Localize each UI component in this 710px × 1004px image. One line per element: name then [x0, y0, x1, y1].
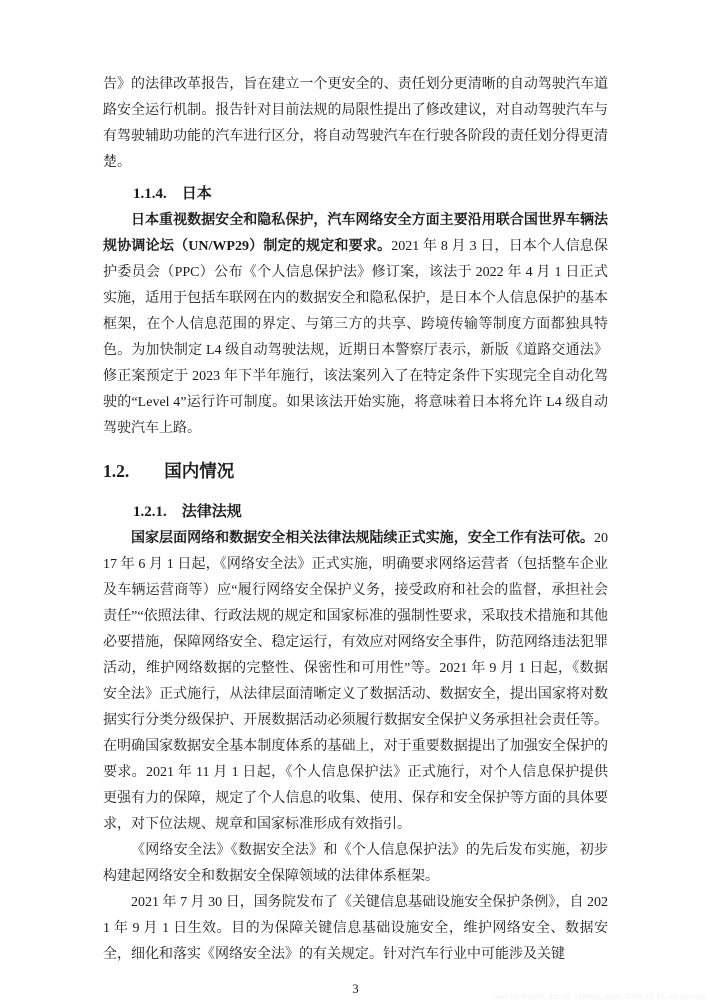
- heading-title: 国内情况: [164, 461, 234, 481]
- text-run: 告》的法律改革报告，旨在建立一个更安全的、责任划分更清晰的自动驾驶汽车道路安全运…: [103, 77, 608, 170]
- heading-number: 1.2.: [103, 461, 129, 481]
- paragraph: 告》的法律改革报告，旨在建立一个更安全的、责任划分更清晰的自动驾驶汽车道路安全运…: [103, 72, 608, 176]
- paragraph: 2021 年 7 月 30 日，国务院发布了《关键信息基础设施安全保护条例》，自…: [103, 890, 608, 968]
- bold-text-run: 国家层面网络和数据安全相关法律法规陆续正式实施，安全工作有法可依。: [131, 531, 594, 546]
- heading-title: 日本: [182, 186, 212, 202]
- page-body: 告》的法律改革报告，旨在建立一个更安全的、责任划分更清晰的自动驾驶汽车道路安全运…: [0, 0, 710, 997]
- document-text: 告》的法律改革报告，旨在建立一个更安全的、责任划分更清晰的自动驾驶汽车道路安全运…: [103, 72, 608, 968]
- text-run: 2021 年 7 月 30 日，国务院发布了《关键信息基础设施安全保护条例》，自…: [103, 895, 608, 962]
- heading-number: 1.2.1.: [133, 504, 167, 520]
- paragraph: 日本重视数据安全和隐私保护，汽车网络安全方面主要沿用联合国世界车辆法规协调论坛（…: [103, 208, 608, 442]
- document-page: { "page": { "number": "3", "watermark": …: [0, 0, 710, 1004]
- heading-title: 法律法规: [182, 504, 242, 520]
- section-heading-1-1-4: 1.1.4.日本: [103, 181, 608, 207]
- text-run: 2017 年 6 月 1 日起，《网络安全法》正式实施，明确要求网络运营者（包括…: [103, 531, 608, 832]
- heading-number: 1.1.4.: [133, 186, 167, 202]
- text-run: 《网络安全法》《数据安全法》和《个人信息保护法》的先后发布实施，初步构建起网络安…: [103, 843, 608, 884]
- text-run: 2021 年 8 月 3 日，日本个人信息保护委员会（PPC）公布《个人信息保护…: [103, 239, 608, 436]
- section-heading-1-2-1: 1.2.1.法律法规: [103, 499, 608, 525]
- paragraph: 《网络安全法》《数据安全法》和《个人信息保护法》的先后发布实施，初步构建起网络安…: [103, 838, 608, 890]
- section-heading-1-2: 1.2.国内情况: [103, 457, 608, 485]
- watermark-text: user id: 04585, doc id: 149804, date: 20…: [493, 992, 706, 1001]
- paragraph: 国家层面网络和数据安全相关法律法规陆续正式实施，安全工作有法可依。2017 年 …: [103, 526, 608, 838]
